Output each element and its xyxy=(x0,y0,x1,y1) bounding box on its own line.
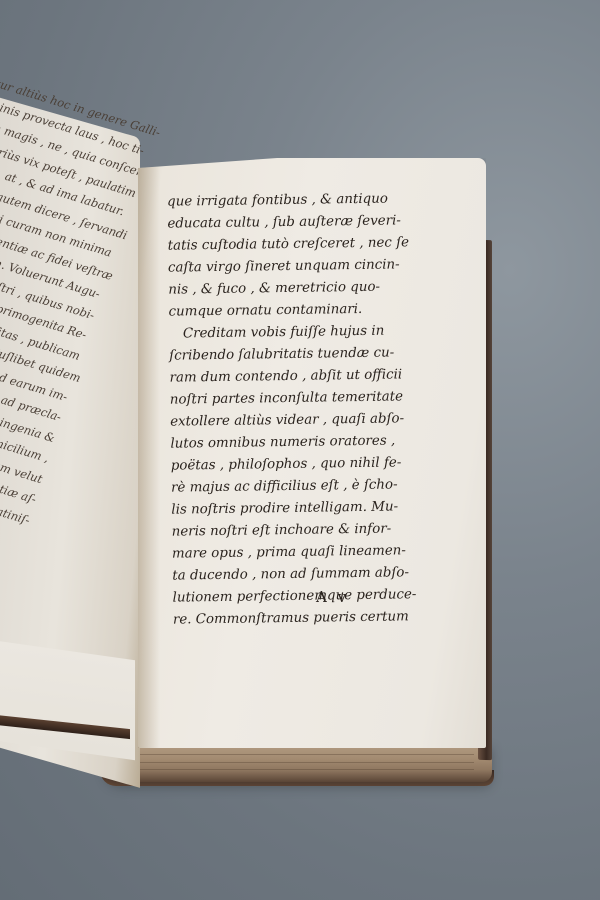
text-line: cumque ornatu contaminari. xyxy=(168,298,403,323)
text-line: Creditam vobis fuiſſe hujus in xyxy=(169,320,404,345)
left-page-bottom xyxy=(0,640,135,760)
page-block-edge xyxy=(104,742,492,782)
photo-scene: tur altiùs hoc in genere Galli- minis pr… xyxy=(0,0,600,900)
signature-mark: A v xyxy=(316,588,349,606)
text-line: rè majus ac difficilius eſt , è ſcho- xyxy=(171,474,406,499)
page-gutter-shadow xyxy=(138,158,160,748)
text-line: re. Commonſtramus pueris certum xyxy=(173,606,408,631)
text-line: poëtas , philoſophos , quo nihil fe- xyxy=(171,452,406,477)
right-page-text: que irrigata fontibus , & antiquo educat… xyxy=(167,188,408,631)
text-line: nis , & fuco , & meretricio quo- xyxy=(168,276,403,301)
